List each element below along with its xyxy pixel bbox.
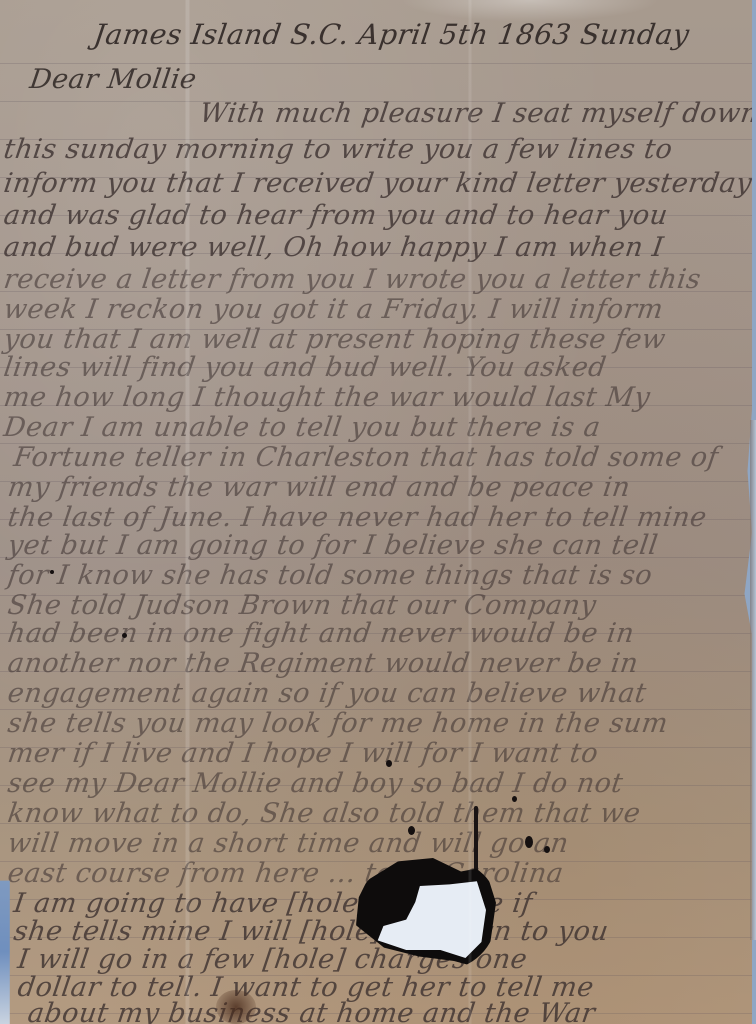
ink-blot bbox=[512, 796, 517, 802]
letter-line: you that I am well at present hoping the… bbox=[2, 324, 668, 355]
letter-line: me how long I thought the war would last… bbox=[2, 382, 652, 413]
letter-line: for I know she has told some things that… bbox=[6, 560, 655, 591]
torn-edge bbox=[750, 420, 756, 940]
letter-line: the last of June. I have never had her t… bbox=[6, 502, 709, 533]
letter-line: and was glad to hear from you and to hea… bbox=[2, 200, 670, 231]
letter-line: another nor the Regiment would never be … bbox=[6, 648, 641, 679]
letter-line: about my business at home and the War bbox=[26, 998, 597, 1024]
letter-line: east course from here ... to N. Carolina bbox=[6, 858, 566, 889]
letter-line: She told Judson Brown that our Company bbox=[6, 590, 599, 621]
ink-blot bbox=[122, 633, 127, 638]
letter-line: lines will find you and bud well. You as… bbox=[2, 352, 609, 383]
letter-line: receive a letter from you I wrote you a … bbox=[2, 264, 703, 295]
letter-line: inform you that I received your kind let… bbox=[2, 168, 754, 199]
letter-line: will move in a short time and will go an bbox=[6, 828, 571, 859]
letter-line: see my Dear Mollie and boy so bad I do n… bbox=[6, 768, 625, 799]
letter-line: Dear I am unable to tell you but there i… bbox=[2, 412, 603, 443]
letter-line: With much pleasure I seat myself down bbox=[198, 98, 756, 129]
burn-hole bbox=[356, 858, 496, 970]
water-stain bbox=[216, 990, 256, 1024]
letter-line: this sunday morning to write you a few l… bbox=[2, 134, 675, 165]
letter-line: I will go in a few [hole] charges one bbox=[16, 944, 530, 975]
letter-line: she tells mine I will [hole] all down to… bbox=[12, 916, 611, 947]
scanner-background bbox=[0, 880, 10, 1024]
burn-hole-backing bbox=[372, 878, 486, 958]
letter-line: mer if I live and I hope I will for I wa… bbox=[6, 738, 601, 769]
letter-salutation: Dear Mollie bbox=[28, 64, 199, 95]
letter-line: week I reckon you got it a Friday. I wil… bbox=[2, 294, 666, 325]
ink-blot bbox=[408, 826, 415, 835]
ink-blot bbox=[544, 846, 550, 853]
letter-line: and bud were well, Oh how happy I am whe… bbox=[2, 232, 666, 263]
letter-line: I am going to have [hole] tell mine if bbox=[12, 888, 535, 919]
ink-blot bbox=[50, 570, 54, 574]
paper-glare bbox=[400, 0, 660, 22]
letter-heading: James Island S.C. April 5th 1863 Sunday bbox=[92, 18, 692, 51]
ink-blot bbox=[386, 760, 392, 767]
letter-line: Fortune teller in Charleston that has to… bbox=[12, 442, 721, 473]
letter-line: yet but I am going to for I believe she … bbox=[6, 530, 660, 561]
letter-line: had been in one fight and never would be… bbox=[6, 618, 637, 649]
letter-line: dollar to tell. I want to get her to tel… bbox=[16, 972, 596, 1003]
letter-line: she tells you may look for me home in th… bbox=[6, 708, 670, 739]
letter-paper: James Island S.C. April 5th 1863 Sunday … bbox=[0, 0, 752, 1024]
letter-line: know what to do, She also told them that… bbox=[6, 798, 643, 829]
ink-blot bbox=[525, 836, 533, 848]
letter-line: my friends the war will end and be peace… bbox=[6, 472, 633, 503]
letter-line: engagement again so if you can believe w… bbox=[6, 678, 649, 709]
ink-streak bbox=[474, 806, 478, 876]
